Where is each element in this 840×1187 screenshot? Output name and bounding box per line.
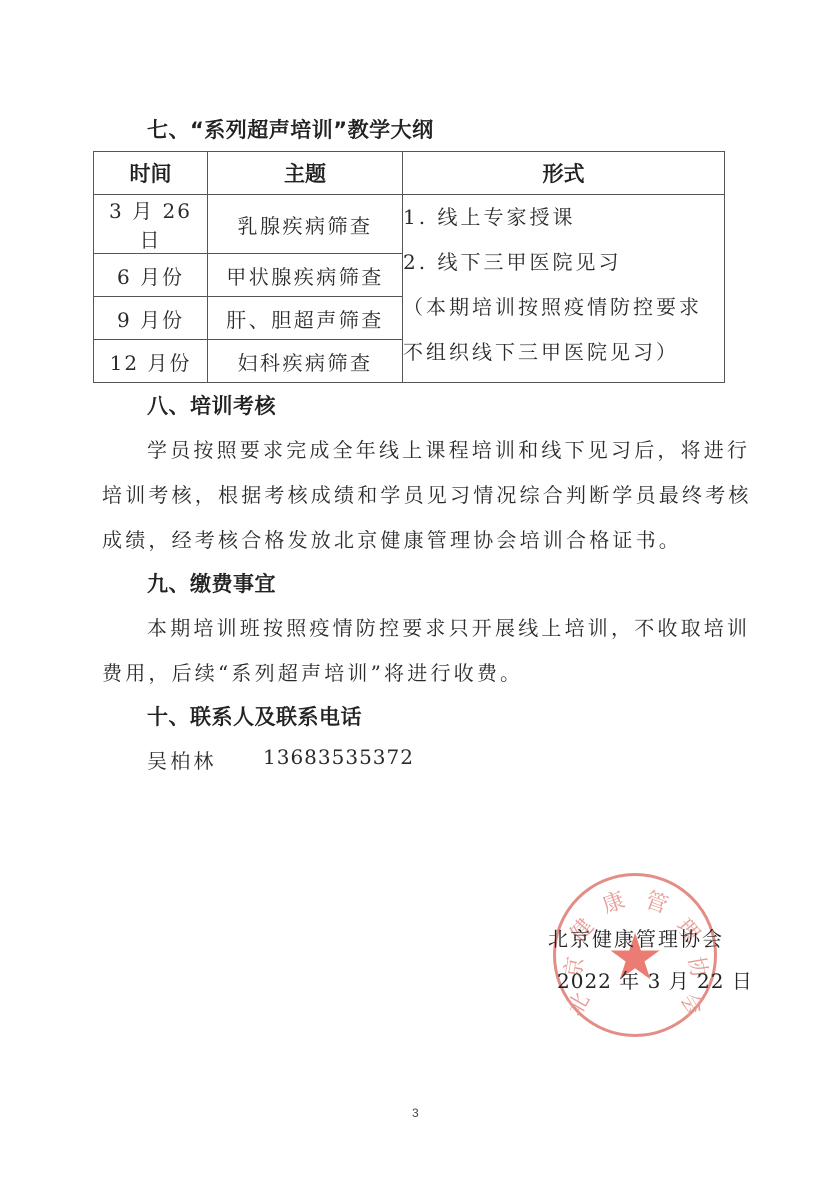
paragraph-line: 学员按照要求完成全年线上课程培训和线下见习后，将进行 <box>147 434 750 463</box>
page-number: 3 <box>412 1106 419 1120</box>
signature-org: 北京健康管理协会 <box>548 923 724 952</box>
seal-char: 管 <box>641 883 672 920</box>
form-line: 不组织线下三甲医院见习） <box>403 330 724 375</box>
form-cell: 1. 线上专家授课 2. 线下三甲医院见习 （本期培训按照疫情防控要求 不组织线… <box>403 195 725 383</box>
paragraph-line: 培训考核，根据考核成绩和学员见习情况综合判断学员最终考核 <box>102 479 752 508</box>
section9-heading: 九、缴费事宜 <box>147 568 276 598</box>
table-row: 3 月 26 日 乳腺疾病筛查 1. 线上专家授课 2. 线下三甲医院见习 （本… <box>94 195 725 254</box>
paragraph-line: 费用，后续“系列超声培训”将进行收费。 <box>102 657 523 686</box>
seal-char: 康 <box>597 883 628 920</box>
row-time: 12 月份 <box>94 340 208 383</box>
contact-name: 吴柏林 <box>147 745 217 774</box>
form-line: 1. 线上专家授课 <box>403 195 724 240</box>
official-seal: 北 京 健 康 管 理 协 会 ★ <box>553 873 717 1037</box>
section7-heading: 七、“系列超声培训”教学大纲 <box>147 114 434 144</box>
form-line: （本期培训按照疫情防控要求 <box>403 285 724 330</box>
row-topic: 乳腺疾病筛查 <box>208 195 403 254</box>
row-topic: 肝、胆超声筛查 <box>208 297 403 340</box>
row-topic: 甲状腺疾病筛查 <box>208 254 403 297</box>
header-topic: 主题 <box>208 152 403 195</box>
row-time: 3 月 26 日 <box>94 195 208 254</box>
form-line: 2. 线下三甲医院见习 <box>403 240 724 285</box>
header-time: 时间 <box>94 152 208 195</box>
row-time: 6 月份 <box>94 254 208 297</box>
syllabus-table: 时间 主题 形式 3 月 26 日 乳腺疾病筛查 1. 线上专家授课 2. 线下… <box>93 151 725 383</box>
row-time: 9 月份 <box>94 297 208 340</box>
signature-date: 2022 年 3 月 22 日 <box>557 965 753 994</box>
table-header-row: 时间 主题 形式 <box>94 152 725 195</box>
row-topic: 妇科疾病筛查 <box>208 340 403 383</box>
header-form: 形式 <box>403 152 725 195</box>
paragraph-line: 本期培训班按照疫情防控要求只开展线上培训，不收取培训 <box>147 612 750 641</box>
section10-heading: 十、联系人及联系电话 <box>147 701 362 731</box>
section8-heading: 八、培训考核 <box>147 390 276 420</box>
paragraph-line: 成绩，经考核合格发放北京健康管理协会培训合格证书。 <box>102 524 682 553</box>
contact-phone: 13683535372 <box>263 745 414 769</box>
